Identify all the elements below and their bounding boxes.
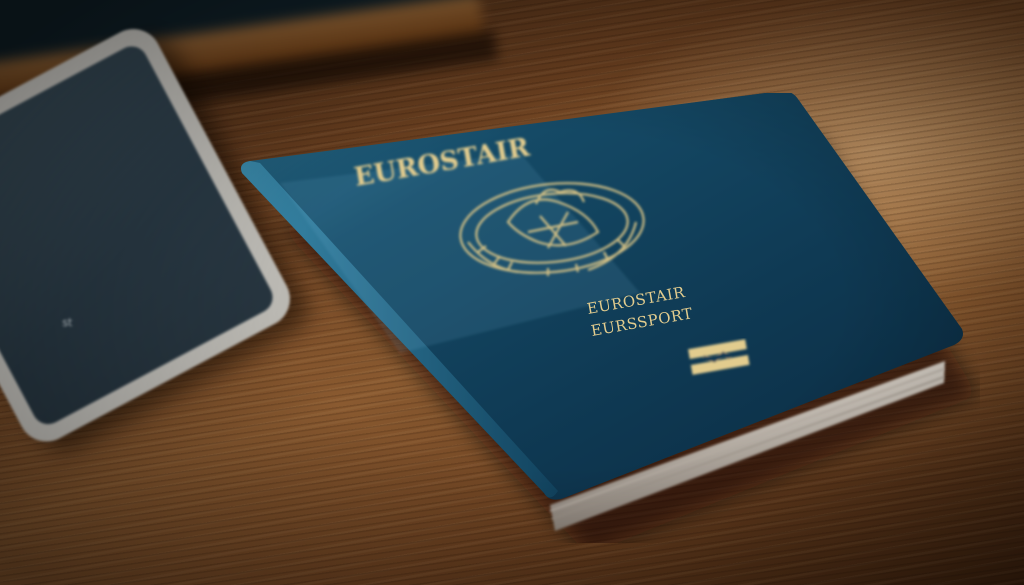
vignette	[0, 0, 1024, 585]
photo-scene: st	[0, 0, 1024, 585]
